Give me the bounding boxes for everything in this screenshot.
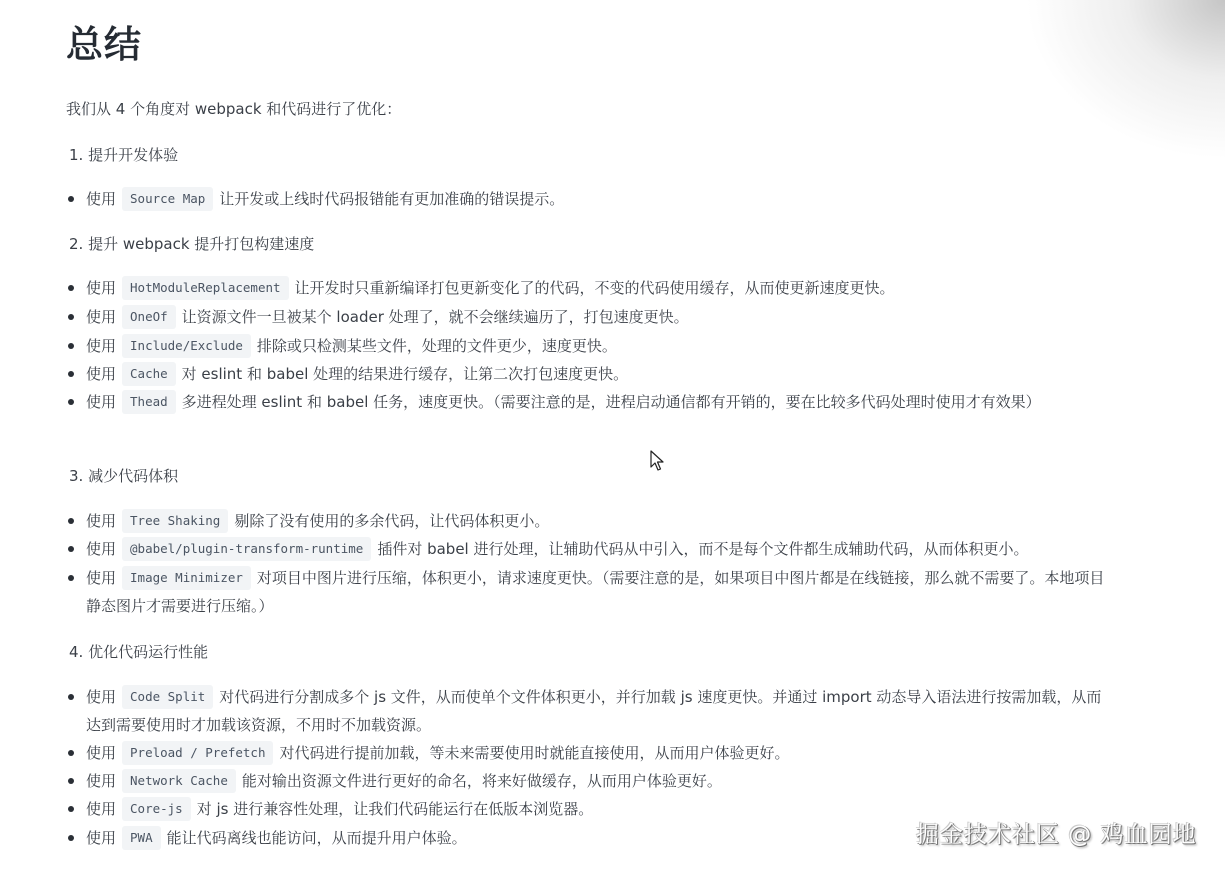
- item-prefix: 使用: [86, 393, 116, 411]
- item-prefix: 使用: [86, 744, 116, 762]
- item-text: 能对输出资源文件进行更好的命名，将来好做缓存，从而用户体验更好。: [242, 772, 722, 790]
- item-prefix: 使用: [86, 829, 116, 847]
- code-badge: Preload / Prefetch: [122, 741, 273, 765]
- mouse-cursor-icon: [650, 450, 664, 472]
- item-prefix: 使用: [86, 540, 116, 558]
- code-badge: Tree Shaking: [122, 509, 228, 533]
- bullet-icon: [68, 314, 74, 320]
- item-prefix: 使用: [86, 512, 116, 530]
- bullet-icon: [68, 778, 74, 784]
- item-text: 插件对 babel 进行处理，让辅助代码从中引入，而不是每个文件都生成辅助代码，…: [377, 540, 1028, 558]
- corner-shadow: [1025, 0, 1225, 160]
- bullet-icon: [68, 546, 74, 552]
- list-item: 使用Preload / Prefetch对代码进行提前加载，等未来需要使用时就能…: [66, 739, 1116, 767]
- item-prefix: 使用: [86, 569, 116, 587]
- list-item: 使用OneOf让资源文件一旦被某个 loader 处理了，就不会继续遍历了，打包…: [66, 303, 1116, 331]
- code-badge: Include/Exclude: [122, 334, 251, 358]
- list-item: 使用Include/Exclude排除或只检测某些文件，处理的文件更少，速度更快…: [66, 332, 1116, 360]
- list-item: 使用Thead多进程处理 eslint 和 babel 任务，速度更快。（需要注…: [66, 388, 1116, 416]
- bullet-icon: [68, 285, 74, 291]
- item-text: 对代码进行提前加载，等未来需要使用时就能直接使用，从而用户体验更好。: [279, 744, 789, 762]
- code-badge: Thead: [122, 390, 176, 414]
- item-prefix: 使用: [86, 772, 116, 790]
- bullet-icon: [68, 750, 74, 756]
- code-badge: Code Split: [122, 685, 213, 709]
- code-badge: Network Cache: [122, 769, 236, 793]
- list-item: 使用Network Cache能对输出资源文件进行更好的命名，将来好做缓存，从而…: [66, 767, 1116, 795]
- item-text: 让资源文件一旦被某个 loader 处理了，就不会继续遍历了，打包速度更快。: [182, 308, 689, 326]
- item-prefix: 使用: [86, 365, 116, 383]
- bullet-icon: [68, 343, 74, 349]
- bullet-icon: [68, 575, 74, 581]
- item-text: 对 js 进行兼容性处理，让我们代码能运行在低版本浏览器。: [197, 800, 594, 818]
- item-text: 能让代码离线也能访问，从而提升用户体验。: [167, 829, 467, 847]
- item-text: 排除或只检测某些文件，处理的文件更少，速度更快。: [257, 337, 617, 355]
- bullet-icon: [68, 371, 74, 377]
- list-item: 使用@babel/plugin-transform-runtime插件对 bab…: [66, 535, 1116, 563]
- list-item: 使用HotModuleReplacement让开发时只重新编译打包更新变化了的代…: [66, 274, 1116, 302]
- section-heading-runtime-performance: 4. 优化代码运行性能: [69, 641, 208, 662]
- item-text: 剔除了没有使用的多余代码，让代码体积更小。: [234, 512, 549, 530]
- item-text: 对代码进行分割成多个 js 文件，从而使单个文件体积更小，并行加载 js 速度更…: [86, 688, 1101, 734]
- item-text: 多进程处理 eslint 和 babel 任务，速度更快。（需要注意的是，进程启…: [182, 393, 1041, 411]
- bullet-icon: [68, 518, 74, 524]
- item-prefix: 使用: [86, 688, 116, 706]
- section-heading-build-speed: 2. 提升 webpack 提升打包构建速度: [69, 233, 314, 254]
- list-item: 使用Code Split对代码进行分割成多个 js 文件，从而使单个文件体积更小…: [66, 683, 1116, 739]
- item-text: 让开发或上线时代码报错能有更加准确的错误提示。: [219, 190, 564, 208]
- code-badge: Image Minimizer: [122, 566, 251, 590]
- list-item: 使用Image Minimizer对项目中图片进行压缩，体积更小，请求速度更快。…: [66, 564, 1116, 620]
- bullet-icon: [68, 399, 74, 405]
- watermark: 掘金技术社区 @ 鸡血园地: [916, 816, 1197, 849]
- bullet-icon: [68, 694, 74, 700]
- item-text: 让开发时只重新编译打包更新变化了的代码，不变的代码使用缓存，从而使更新速度更快。: [295, 279, 895, 297]
- page-title: 总结: [66, 14, 142, 68]
- section-heading-reduce-size: 3. 减少代码体积: [69, 465, 178, 486]
- code-badge: HotModuleReplacement: [122, 276, 289, 300]
- code-badge: PWA: [122, 826, 161, 850]
- item-prefix: 使用: [86, 190, 116, 208]
- item-text: 对 eslint 和 babel 处理的结果进行缓存，让第二次打包速度更快。: [182, 365, 628, 383]
- code-badge: Source Map: [122, 187, 213, 211]
- item-prefix: 使用: [86, 308, 116, 326]
- code-badge: Core-js: [122, 797, 191, 821]
- bullet-icon: [68, 835, 74, 841]
- bullet-icon: [68, 196, 74, 202]
- item-prefix: 使用: [86, 337, 116, 355]
- intro-paragraph: 我们从 4 个角度对 webpack 和代码进行了优化：: [66, 98, 401, 119]
- code-badge: Cache: [122, 362, 176, 386]
- section-heading-dev-experience: 1. 提升开发体验: [69, 144, 178, 165]
- bullet-icon: [68, 806, 74, 812]
- list-item: 使用Tree Shaking剔除了没有使用的多余代码，让代码体积更小。: [66, 507, 1116, 535]
- list-item: 使用Cache对 eslint 和 babel 处理的结果进行缓存，让第二次打包…: [66, 360, 1116, 388]
- code-badge: @babel/plugin-transform-runtime: [122, 537, 371, 561]
- item-prefix: 使用: [86, 800, 116, 818]
- item-prefix: 使用: [86, 279, 116, 297]
- code-badge: OneOf: [122, 305, 176, 329]
- list-item: 使用Source Map让开发或上线时代码报错能有更加准确的错误提示。: [66, 185, 1116, 213]
